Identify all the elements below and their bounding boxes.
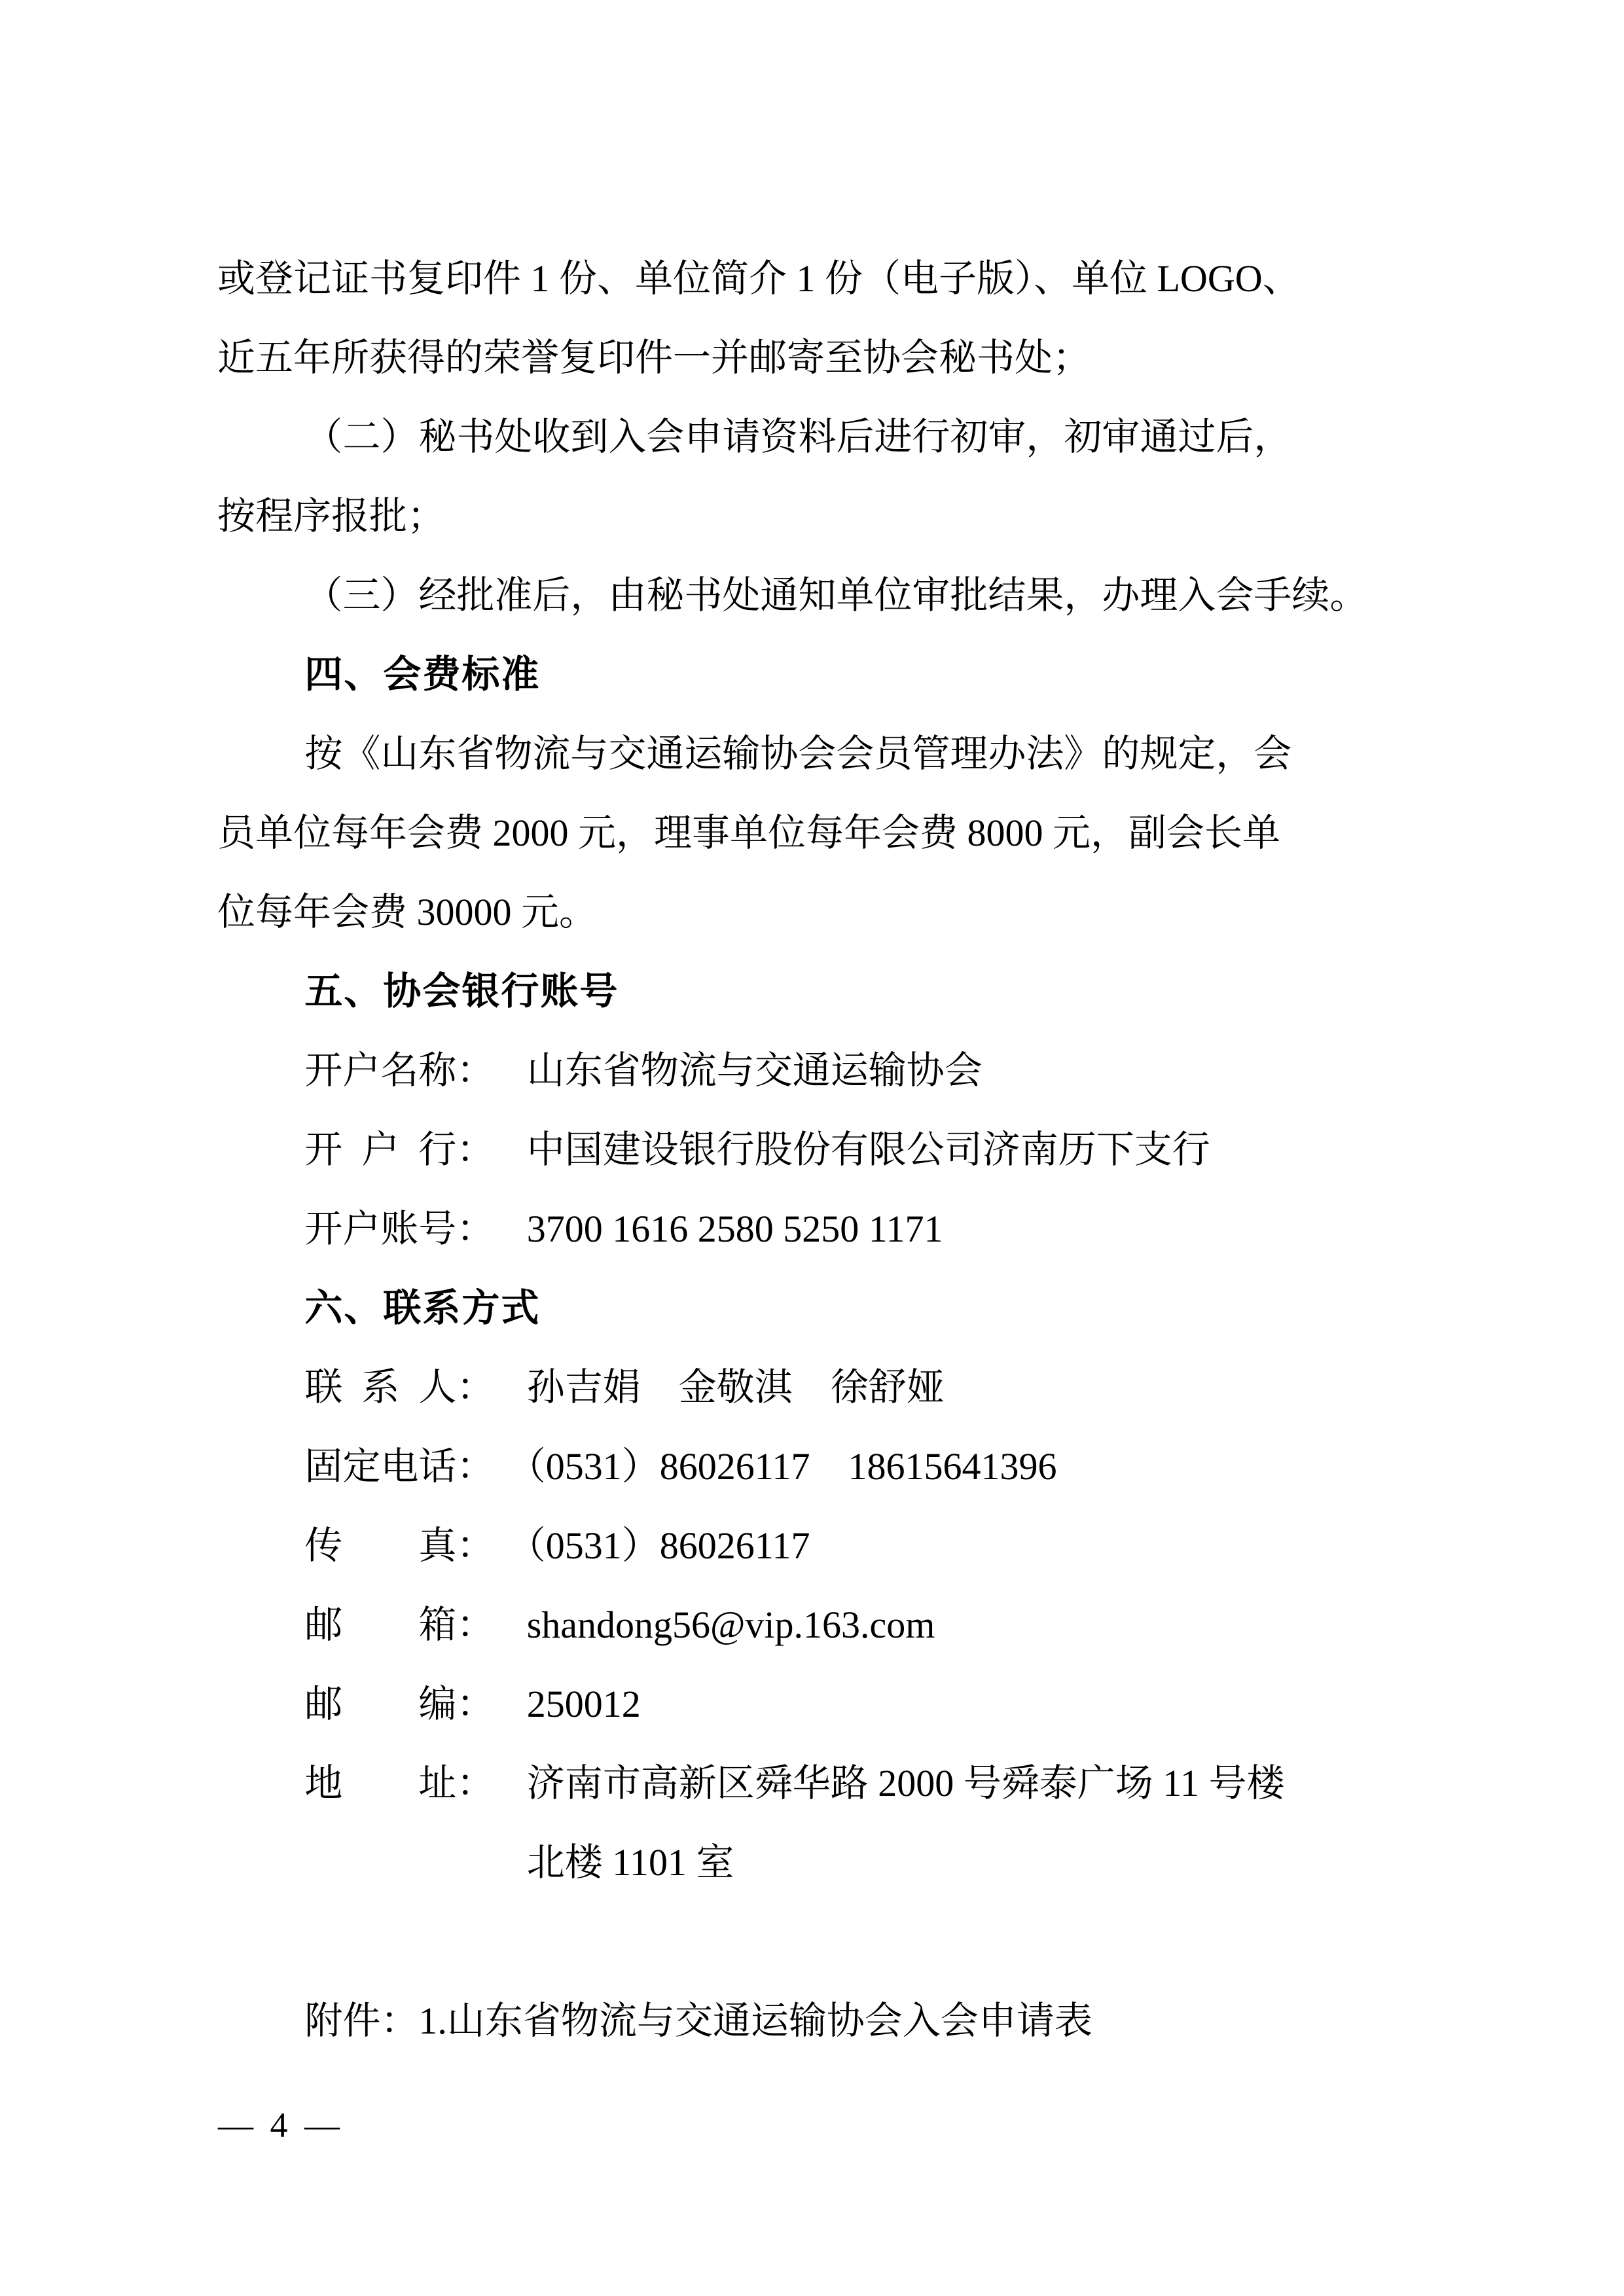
section-heading: 六、联系方式 <box>217 1268 1422 1348</box>
contact-label: 开户账号 <box>304 1189 456 1268</box>
contact-label-colon: ： <box>456 1208 494 1250</box>
contact-line: 开户名称：山东省物流与交通运输协会 <box>217 1031 1422 1110</box>
contact-value: （0531）86026117 <box>527 1524 810 1567</box>
contact-value: 中国建设银行股份有限公司济南历下支行 <box>527 1128 1210 1171</box>
attachment-line: 附件：1.山东省物流与交通运输协会入会申请表 <box>217 1981 1422 2060</box>
contact-label: 联系人 <box>304 1348 456 1427</box>
contact-value: （0531）86026117 18615641396 <box>527 1445 1057 1488</box>
paragraph-line: 按程序报批； <box>217 476 1422 556</box>
contact-label-colon: ： <box>456 1445 494 1488</box>
paragraph-line: 近五年所获得的荣誉复印件一并邮寄至协会秘书处； <box>217 318 1422 397</box>
contact-line: 地址：济南市高新区舜华路 2000 号舜泰广场 11 号楼 <box>217 1744 1422 1823</box>
blank-line <box>217 1902 1422 1981</box>
contact-label-colon: ： <box>456 1762 494 1804</box>
contact-label: 开户行 <box>304 1110 456 1189</box>
contact-line: 开户行：中国建设银行股份有限公司济南历下支行 <box>217 1110 1422 1189</box>
contact-value: shandong56@vip.163.com <box>527 1604 935 1646</box>
contact-label: 开户名称 <box>304 1031 456 1110</box>
paragraph-line: （二）秘书处收到入会申请资料后进行初审，初审通过后， <box>217 397 1422 476</box>
contact-label: 邮编 <box>304 1664 456 1744</box>
contact-line: 邮编：250012 <box>217 1664 1422 1744</box>
contact-value: 250012 <box>527 1683 641 1725</box>
paragraph-line: 位每年会费 30000 元。 <box>217 872 1422 952</box>
paragraph-line: （三）经批准后，由秘书处通知单位审批结果，办理入会手续。 <box>217 556 1422 635</box>
paragraph-line: 员单位每年会费 2000 元，理事单位每年会费 8000 元，副会长单 <box>217 793 1422 872</box>
contact-label: 固定电话 <box>304 1427 456 1506</box>
contact-value: 孙吉娟 金敬淇 徐舒娅 <box>527 1366 945 1408</box>
document-page: 或登记证书复印件 1 份、单位简介 1 份（电子版）、单位 LOGO、近五年所获… <box>0 0 1624 2296</box>
contact-label-colon: ： <box>456 1049 494 1092</box>
contact-label-colon: ： <box>456 1366 494 1408</box>
contact-value: 济南市高新区舜华路 2000 号舜泰广场 11 号楼 <box>527 1762 1285 1804</box>
contact-line: 联系人：孙吉娟 金敬淇 徐舒娅 <box>217 1348 1422 1427</box>
page-number: — 4 — <box>218 2102 340 2148</box>
contact-value: 山东省物流与交通运输协会 <box>527 1049 983 1092</box>
contact-label-colon: ： <box>456 1524 494 1567</box>
contact-label: 传真 <box>304 1506 456 1585</box>
continuation-line: 北楼 1101 室 <box>217 1823 1422 1902</box>
contact-line: 传真：（0531）86026117 <box>217 1506 1422 1585</box>
contact-line: 邮箱：shandong56@vip.163.com <box>217 1585 1422 1664</box>
contact-label-colon: ： <box>456 1683 494 1725</box>
contact-label-colon: ： <box>456 1128 494 1171</box>
contact-label: 邮箱 <box>304 1585 456 1664</box>
section-heading: 四、会费标准 <box>217 635 1422 714</box>
paragraph-line: 按《山东省物流与交通运输协会会员管理办法》的规定，会 <box>217 714 1422 793</box>
paragraph-line: 或登记证书复印件 1 份、单位简介 1 份（电子版）、单位 LOGO、 <box>217 239 1422 318</box>
document-body: 或登记证书复印件 1 份、单位简介 1 份（电子版）、单位 LOGO、近五年所获… <box>217 239 1422 2060</box>
contact-value: 3700 1616 2580 5250 1171 <box>527 1208 943 1250</box>
contact-label: 地址 <box>304 1744 456 1823</box>
contact-line: 固定电话：（0531）86026117 18615641396 <box>217 1427 1422 1506</box>
section-heading: 五、协会银行账号 <box>217 952 1422 1031</box>
contact-label-colon: ： <box>456 1604 494 1646</box>
contact-line: 开户账号：3700 1616 2580 5250 1171 <box>217 1189 1422 1268</box>
